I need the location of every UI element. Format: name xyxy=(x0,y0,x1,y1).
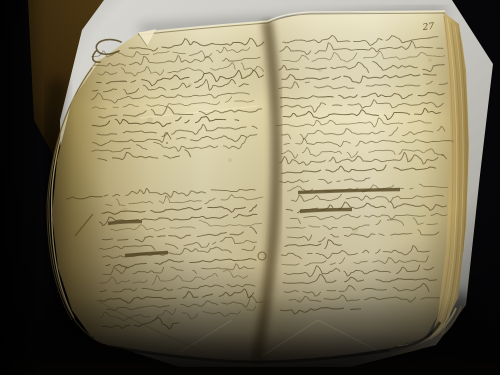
manuscript-photo-canvas: 27 xyxy=(0,0,500,375)
left-shadow-overlay xyxy=(0,0,46,375)
photo-of-open-manuscript: 27 xyxy=(0,0,500,375)
bottom-shadow-overlay xyxy=(0,295,500,375)
